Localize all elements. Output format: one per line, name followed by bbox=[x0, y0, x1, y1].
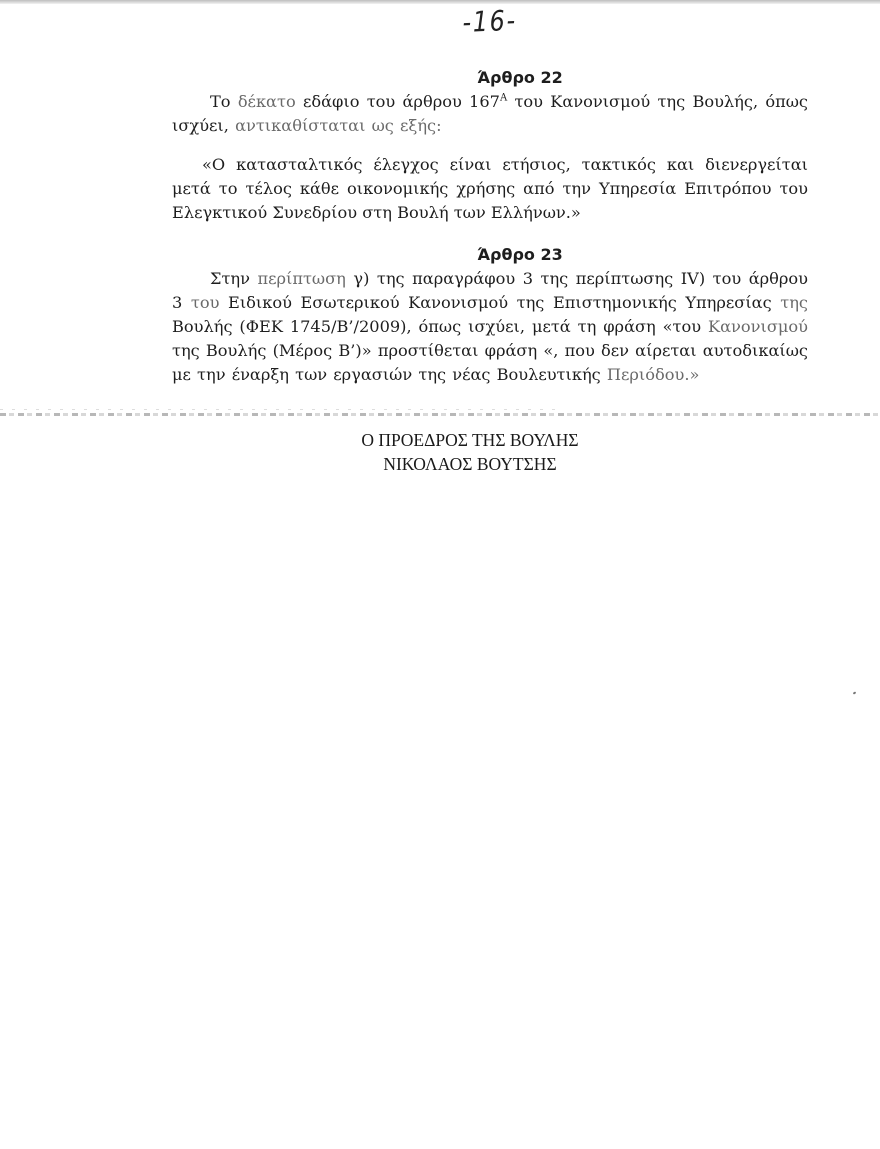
signature-block: Ο ΠΡΟΕΔΡΟΣ ΤΗΣ ΒΟΥΛΗΣ ΝΙΚΟΛΑΟΣ ΒΟΥΤΣΗΣ bbox=[0, 428, 880, 476]
signature-title: Ο ΠΡΟΕΔΡΟΣ ΤΗΣ ΒΟΥΛΗΣ bbox=[60, 428, 880, 452]
article-22-heading: Άρθρο 22 bbox=[172, 66, 838, 90]
text-run: της Βουλής (Μέρος Β’)» προστίθεται φράση… bbox=[172, 341, 808, 384]
text-run: περίπτωση bbox=[257, 269, 345, 288]
text-run: Στην bbox=[210, 269, 257, 288]
signature-name: ΝΙΚΟΛΑΟΣ ΒΟΥΤΣΗΣ bbox=[60, 452, 880, 476]
text-run: Κανονισμού bbox=[708, 317, 808, 336]
scan-artifact-line bbox=[0, 409, 560, 410]
article-22-quote-block: «Ο κατασταλτικός έλεγχος είναι ετήσιος, … bbox=[172, 153, 808, 225]
article-23-paragraph: Στην περίπτωση γ) της παραγράφου 3 της π… bbox=[172, 267, 808, 387]
text-run: αντικαθίσταται ως εξής: bbox=[235, 116, 441, 135]
text-run: Βουλής (ΦΕΚ 1745/Β’/2009), όπως ισχύει, … bbox=[172, 317, 708, 336]
article-22-body: Το δέκατο εδάφιο του άρθρου 167Α του Καν… bbox=[172, 90, 808, 138]
article-22-paragraph: Το δέκατο εδάφιο του άρθρου 167Α του Καν… bbox=[172, 90, 808, 138]
scan-top-edge bbox=[0, 0, 880, 4]
text-run: δέκατο bbox=[238, 92, 296, 111]
article-23-body: Στην περίπτωση γ) της παραγράφου 3 της π… bbox=[172, 267, 808, 387]
dashed-divider bbox=[0, 413, 880, 416]
text-run: εδάφιο του άρθρου 167 bbox=[296, 92, 500, 111]
text-run: Το bbox=[210, 92, 238, 111]
scan-speck bbox=[853, 691, 857, 694]
text-run: της bbox=[780, 293, 808, 312]
text-run: Ειδικού Εσωτερικού Κανονισμού της Επιστη… bbox=[219, 293, 780, 312]
text-run: του bbox=[191, 293, 220, 312]
handwritten-page-number: -16- bbox=[462, 4, 517, 39]
article-23-heading: Άρθρο 23 bbox=[172, 243, 838, 267]
article-22-quote: «Ο κατασταλτικός έλεγχος είναι ετήσιος, … bbox=[172, 153, 808, 225]
text-run: Περιόδου.» bbox=[607, 365, 700, 384]
